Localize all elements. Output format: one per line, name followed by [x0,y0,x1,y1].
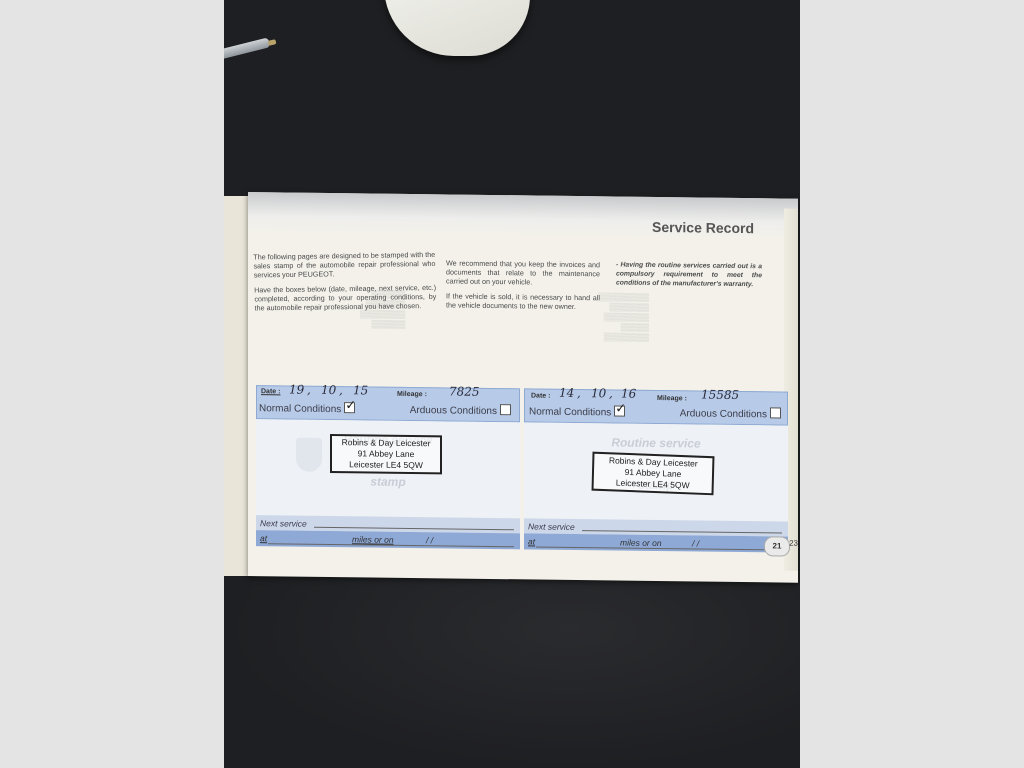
date-month[interactable]: 10 [321,383,336,397]
date-slashes: / / [426,535,433,545]
at-label: at [260,533,267,543]
watermark-stamp: stamp [256,473,520,490]
mileage-value[interactable]: 7825 [449,384,480,398]
intro-column-2: We recommend that you keep the invoices … [446,258,600,317]
date-slashes: / / [692,538,699,548]
service-booklet-page: Service Record The following pages are d… [248,192,798,583]
miles-or-on-label: miles or on [620,538,662,549]
normal-conditions: Normal Conditions✓ [529,404,625,418]
date-label: Date : [531,392,550,399]
date-sep: , [307,383,311,397]
stamp-area: Routine service stamp Robins & Day Leice… [256,419,520,518]
date-sep: , [339,383,343,397]
intro-col1-para1: The following pages are designed to be s… [253,250,436,280]
at-miles-row: at miles or on / / [256,530,520,549]
mileage-value[interactable]: 15585 [701,388,739,402]
date-label: Date : [261,388,280,395]
date-year[interactable]: 16 [621,387,636,401]
intro-col2-para2: If the vehicle is sold, it is necessary … [446,291,600,311]
at-miles-line[interactable] [268,543,514,547]
at-miles-row: at miles or on / / [524,533,788,552]
normal-conditions: Normal Conditions✓ [259,401,355,415]
watermark-routine-service: Routine service [524,434,788,451]
check-mark-icon: ✓ [615,400,626,416]
mileage-label: Mileage : [657,395,687,402]
arduous-conditions-checkbox[interactable] [770,407,781,418]
next-page-number: 23 [789,539,798,548]
date-sep: , [577,386,581,400]
normal-conditions-checkbox[interactable]: ✓ [614,405,625,416]
date-month[interactable]: 10 [591,386,606,400]
page-number-tab[interactable]: 21 [764,536,790,556]
at-label: at [528,536,535,546]
entry-header: Date : 19 , 10 , 15 Mileage : 7825 Norma… [256,385,520,422]
mileage-label: Mileage : [397,391,427,398]
photo: Service Record The following pages are d… [224,0,800,768]
next-service-line[interactable] [582,530,782,533]
bleed-through-text-left: ▒▒▒▒▒▒▒▒▒▒▒▒▒▒▒▒▒▒▒▒▒▒▒▒▒▒▒ [360,289,405,330]
bleed-through-text-right: ▒▒▒▒▒▒▒▒▒▒▒▒▒▒▒▒▒▒▒▒▒▒▒▒▒▒▒▒▒▒▒▒▒▒▒▒▒ [598,292,649,343]
computer-mouse [384,0,530,56]
section-title: Service Record [652,219,754,236]
date-day[interactable]: 19 [289,383,304,397]
intro-column-1: The following pages are designed to be s… [253,250,437,319]
date-year[interactable]: 15 [353,383,368,397]
service-entry-2: Date : 14 , 10 , 16 Mileage : 15585 Norm… [524,388,788,551]
next-service-label: Next service [528,521,575,532]
stamp-area: Routine service stamp Robins & Day Leice… [524,422,788,521]
intro-col1-para2: Have the boxes below (date, mileage, nex… [254,283,437,313]
arduous-conditions: Arduous Conditions [410,403,511,417]
normal-conditions-checkbox[interactable]: ✓ [344,402,355,413]
service-entry-1: Date : 19 , 10 , 15 Mileage : 7825 Norma… [256,385,520,548]
intro-col2-para1: We recommend that you keep the invoices … [446,258,600,287]
dealer-stamp: Robins & Day Leicester 91 Abbey Lane Lei… [592,452,715,496]
desk-surface [224,570,800,768]
check-mark-icon: ✓ [345,397,356,413]
pen-tip [268,39,277,46]
entry-header: Date : 14 , 10 , 16 Mileage : 15585 Norm… [524,388,788,425]
date-day[interactable]: 14 [559,386,574,400]
arduous-conditions-checkbox[interactable] [500,404,511,415]
next-service-label: Next service [260,518,307,529]
miles-or-on-label: miles or on [352,534,394,545]
at-miles-line[interactable] [536,547,782,551]
next-service-line[interactable] [314,527,514,530]
arduous-conditions: Arduous Conditions [680,406,781,420]
pen [224,37,270,60]
intro-column-3: - Having the routine services carried ou… [616,260,762,289]
date-sep: , [609,386,613,400]
dealer-stamp: Robins & Day Leicester 91 Abbey Lane Lei… [330,434,442,474]
